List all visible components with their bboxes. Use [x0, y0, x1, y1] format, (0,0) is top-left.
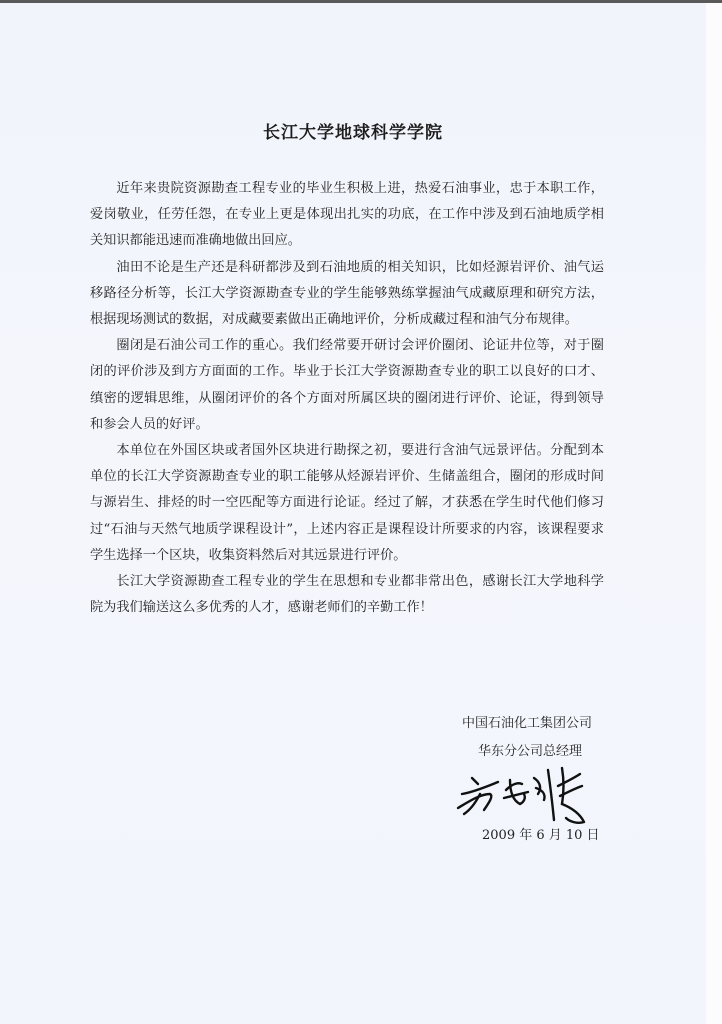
- letter-date: 2009 年 6 月 10 日: [482, 824, 600, 843]
- signature-icon: [454, 764, 594, 828]
- letter-body: 近年来贵院资源勘查工程专业的毕业生积极上进，热爱石油事业，忠于本职工作，爱岗敬业…: [90, 176, 604, 621]
- sender-organization: 中国石油化工集团公司: [462, 712, 592, 731]
- paragraph-2: 油田不论是生产还是科研都涉及到石油地质的相关知识，比如烃源岩评价、油气运移路径分…: [90, 255, 604, 334]
- sender-role: 华东分公司总经理: [478, 740, 582, 759]
- letter-title: 长江大学地球科学学院: [0, 118, 706, 143]
- paragraph-1: 近年来贵院资源勘查工程专业的毕业生积极上进，热爱石油事业，忠于本职工作，爱岗敬业…: [90, 176, 604, 255]
- paragraph-5: 长江大学资源勘查工程专业的学生在思想和专业都非常出色，感谢长江大学地科学院为我们…: [90, 569, 604, 621]
- paragraph-4: 本单位在外国区块或者国外区块进行勘探之初，要进行含油气远景评估。分配到本单位的长…: [90, 438, 604, 569]
- page-edge: [706, 3, 722, 1024]
- paragraph-3: 圈闭是石油公司工作的重心。我们经常要开研讨会评价圈闭、论证井位等，对于圈闭的评价…: [90, 333, 604, 438]
